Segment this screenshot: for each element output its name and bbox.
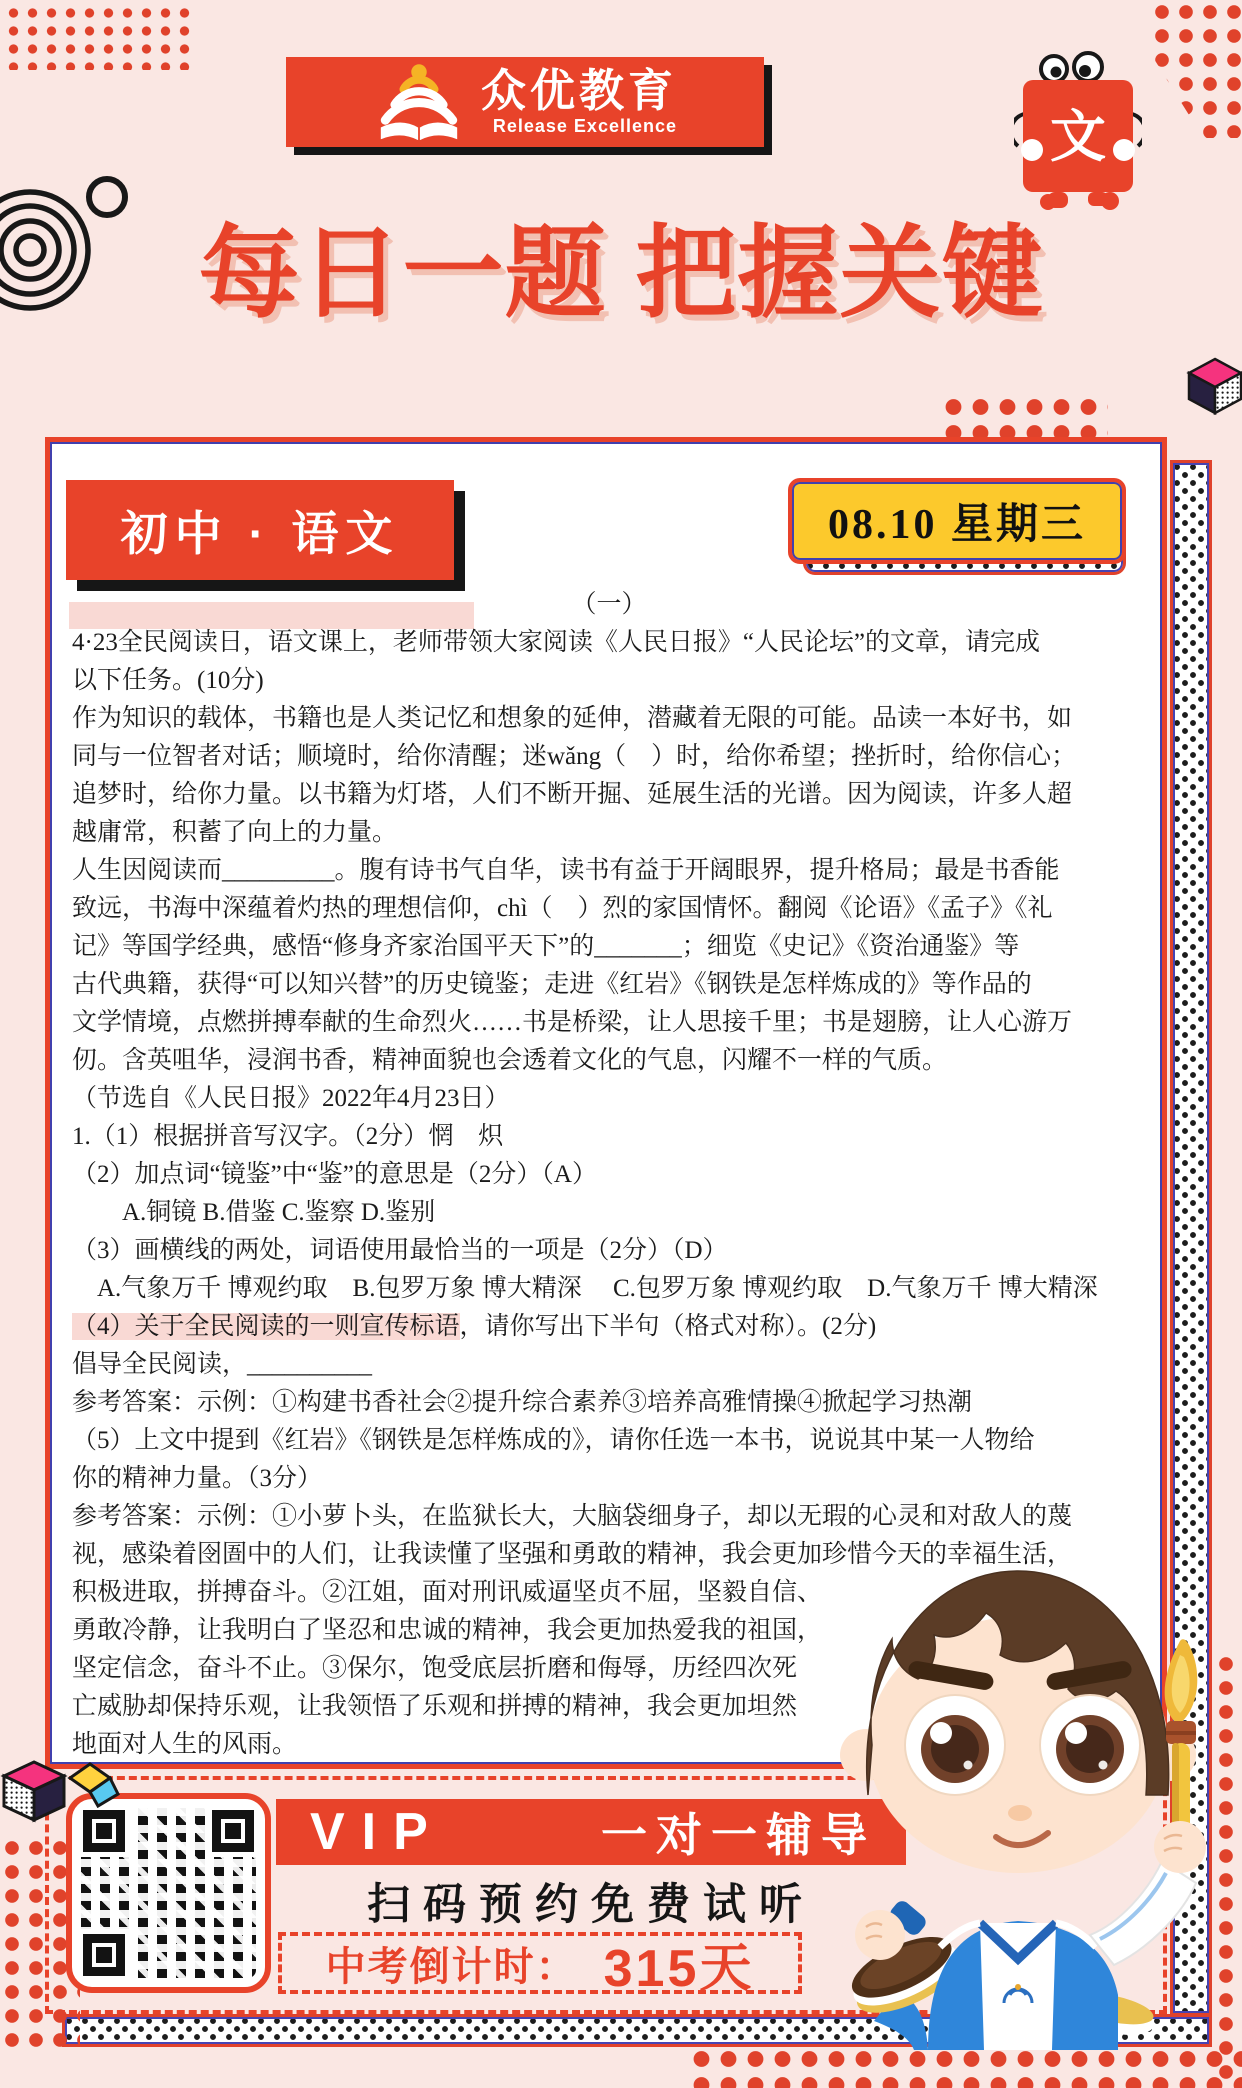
text-line: 人生因阅读而_________。腹有诗书气自华，读书有益于开阔眼界，提升格局；最…: [72, 852, 1146, 890]
brand-text: 众优教育 Release Excellence: [481, 68, 677, 137]
countdown-value: 315天: [604, 1926, 755, 2001]
question-2-options: A.铜镜 B.借鉴 C.鉴察 D.鉴别: [72, 1194, 1146, 1232]
question-2: （2）加点词“镜鉴”中“鉴”的意思是（2分）（A）: [72, 1156, 1146, 1194]
text-line: 越庸常，积蓄了向上的力量。: [72, 814, 1146, 852]
date-badge: 08.10 星期三: [788, 478, 1126, 564]
brand-logo-icon: [373, 62, 465, 142]
answer-line: 参考答案：示例：①小萝卜头，在监狱长大，大脑袋细身子，却以无瑕的心灵和对敌人的蔑: [72, 1498, 1146, 1536]
brand-slogan: Release Excellence: [481, 116, 677, 137]
text-line: 追梦时，给你力量。以书籍为灯塔，人们不断开掘、延展生活的光谱。因为阅读，许多人超: [72, 776, 1146, 814]
dots-pattern-top-right: [1150, 0, 1242, 138]
question-5: （5）上文中提到《红岩》《钢铁是怎样炼成的》，请你任选一本书，说说其中某一人物给: [72, 1422, 1146, 1460]
text-line: 同与一位智者对话；顺境时，给你清醒；迷wǎng（ ）时，给你希望；挫折时，给你信…: [72, 738, 1146, 776]
question-1: 1.（1）根据拼音写汉字。（2分）惘 炽: [72, 1118, 1146, 1156]
brand-name: 众优教育: [481, 68, 677, 114]
scan-cta: 扫码预约免费试听: [276, 1872, 906, 1930]
countdown-box: 中考倒计时： 315天: [278, 1932, 802, 1994]
dots-pattern-right-edge: [1214, 1652, 1242, 2088]
vip-banner: VIP 一对一辅导: [276, 1799, 906, 1865]
mascot-boy: [828, 1555, 1218, 2050]
brand-banner: 众优教育 Release Excellence: [286, 57, 764, 147]
date-badge-label: 08.10 星期三: [788, 478, 1126, 564]
countdown-label: 中考倒计时：: [326, 1935, 578, 1992]
text-line: 古代典籍，获得“可以知兴替”的历史镜鉴；走进《红岩》《钢铁是怎样炼成的》等作品的: [72, 966, 1146, 1004]
text-line: 记》等国学经典，感悟“修身齐家治国平天下”的_______；细览《史记》《资治通…: [72, 928, 1146, 966]
wen-character: 文: [1050, 105, 1106, 168]
text-line: 仞。含英咀华，浸润书香，精神面貌也会透着文化的气息，闪耀不一样的气质。: [72, 1042, 1146, 1080]
dots-pattern-bottom-right: [688, 2046, 1242, 2088]
text-line: 4·23全民阅读日，语文课上，老师带领大家阅读《人民日报》“人民论坛”的文章，请…: [72, 624, 1146, 662]
text-line: 作为知识的载体，书籍也是人类记忆和想象的延伸，潜藏着无限的可能。品读一本好书，如: [72, 700, 1146, 738]
vip-label: VIP: [310, 1802, 445, 1862]
text-line: 以下任务。(10分): [72, 662, 1146, 700]
section-label: （一）: [72, 586, 1146, 624]
daily-question-poster: 众优教育 Release Excellence 文 每日一题 把握关键: [0, 0, 1242, 2088]
question-3: （3）画横线的两处，词语使用最恰当的一项是（2分）（D）: [72, 1232, 1146, 1270]
subject-badge: 初中 · 语文: [66, 480, 454, 580]
question-4-fill-line: 倡导全民阅读，__________: [72, 1346, 1146, 1384]
question-3-options: A.气象万千 博观约取 B.包罗万象 博大精深 C.包罗万象 博观约取 D.气象…: [72, 1270, 1146, 1308]
dots-pattern-top-left: [4, 4, 192, 70]
question-4-answer: 参考答案：示例：①构建书香社会②提升综合素养③培养高雅情操④掀起学习热潮: [72, 1384, 1146, 1422]
qr-finder-icon: [212, 1810, 254, 1852]
question-4-rest: ，请你写出下半句（格式对称）。(2分): [460, 1313, 877, 1340]
text-line: 致远，书海中深蕴着灼热的理想信仰，chì（ ）烈的家国情怀。翻阅《论语》《孟子》…: [72, 890, 1146, 928]
question-4: （4）关于全民阅读的一则宣传标语，请你写出下半句（格式对称）。(2分): [72, 1308, 1146, 1346]
source-line: （节选自《人民日报》2022年4月23日）: [72, 1080, 1146, 1118]
cubes-3d-icon: [0, 1756, 120, 1838]
question-5-continued: 你的精神力量。（3分）: [72, 1460, 1146, 1498]
page-title: 每日一题 把握关键: [50, 192, 1192, 337]
text-line: 文学情境，点燃拼搏奉献的生命烈火……书是桥梁，让人思接千里；书是翅膀，让人心游万: [72, 1004, 1146, 1042]
question-4-highlight: （4）关于全民阅读的一则宣传标语: [72, 1313, 460, 1340]
qr-finder-icon: [83, 1934, 125, 1976]
cube-3d-icon: [1186, 356, 1242, 416]
